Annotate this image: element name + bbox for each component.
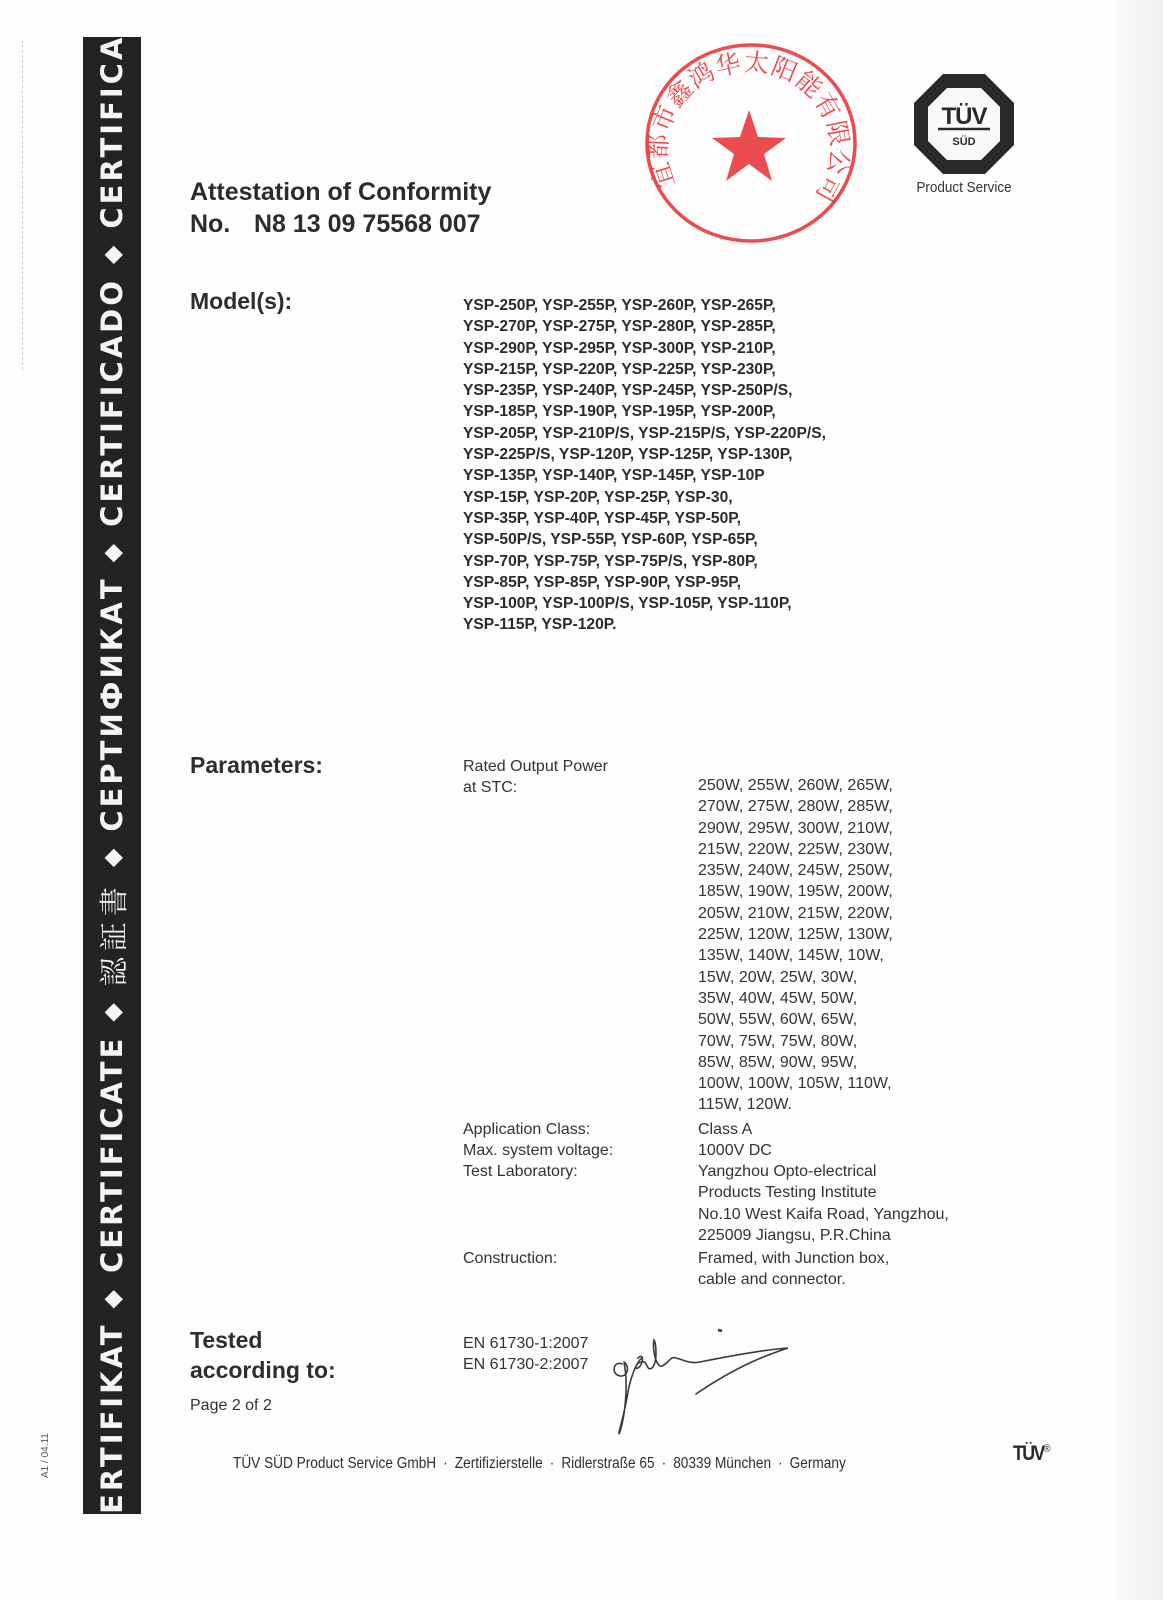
band-segment: СЕРТИФИКАТ: [95, 576, 129, 831]
rated-output-line: 290W, 295W, 300W, 210W,: [698, 818, 893, 839]
rated-output-line: 115W, 120W.: [698, 1094, 893, 1115]
models-list: YSP-250P, YSP-255P, YSP-260P, YSP-265P,Y…: [463, 295, 923, 636]
diamond-icon: ◆: [98, 845, 126, 866]
model-line: YSP-205P, YSP-210P/S, YSP-215P/S, YSP-22…: [463, 423, 923, 444]
model-line: YSP-15P, YSP-20P, YSP-25P, YSP-30,: [463, 487, 923, 508]
separator-dot: ·: [550, 1455, 555, 1472]
standard-item: EN 61730-2:2007: [463, 1354, 588, 1375]
rated-output-line: 15W, 20W, 25W, 30W,: [698, 967, 893, 988]
registered-icon: ®: [1044, 1443, 1051, 1455]
model-line: YSP-115P, YSP-120P.: [463, 614, 923, 635]
tuv-mark-text: TÜV: [1013, 1442, 1044, 1465]
rated-output-line: 205W, 210W, 215W, 220W,: [698, 903, 893, 924]
models-label: Model(s):: [190, 288, 292, 315]
diamond-icon: ◆: [98, 1286, 126, 1307]
rated-output-label-line: at STC:: [463, 777, 608, 798]
star-icon: [712, 110, 786, 181]
laboratory-line: 225009 Jiangsu, P.R.China: [698, 1225, 949, 1246]
page-edge: [1118, 0, 1163, 1600]
tested-label-line: according to:: [190, 1355, 336, 1385]
form-code: A1 / 04.11: [40, 1433, 51, 1478]
number-label: No.: [190, 208, 254, 240]
tuv-sud-logo: TÜV SÜD: [912, 72, 1016, 176]
standard-item: EN 61730-1:2007: [463, 1333, 588, 1354]
svg-text:SÜD: SÜD: [952, 135, 975, 148]
rated-output-label: Rated Output Power at STC:: [463, 756, 608, 799]
page-info: Page 2 of 2: [190, 1397, 272, 1415]
model-line: YSP-225P/S, YSP-120P, YSP-125P, YSP-130P…: [463, 444, 923, 465]
rated-output-values: 250W, 255W, 260W, 265W,270W, 275W, 280W,…: [698, 775, 893, 1116]
footer-part: 80339 München: [673, 1455, 771, 1472]
model-line: YSP-290P, YSP-295P, YSP-300P, YSP-210P,: [463, 338, 923, 359]
rated-output-line: 185W, 190W, 195W, 200W,: [698, 881, 893, 902]
document-title: Attestation of Conformity No.N8 13 09 75…: [190, 176, 491, 240]
band-segment: CERTIFICAT: [95, 37, 129, 228]
signature: [600, 1322, 800, 1437]
standards-list: EN 61730-1:2007 EN 61730-2:2007: [463, 1333, 588, 1376]
application-class-label: Application Class:: [463, 1119, 590, 1140]
logo-caption: Product Service: [897, 179, 1030, 196]
rated-output-line: 235W, 240W, 245W, 250W,: [698, 860, 893, 881]
rated-output-line: 70W, 75W, 75W, 80W,: [698, 1031, 893, 1052]
title-text: Attestation of Conformity: [190, 176, 491, 208]
model-line: YSP-270P, YSP-275P, YSP-280P, YSP-285P,: [463, 316, 923, 337]
model-line: YSP-50P/S, YSP-55P, YSP-60P, YSP-65P,: [463, 529, 923, 550]
rated-output-line: 250W, 255W, 260W, 265W,: [698, 775, 893, 796]
rated-output-line: 35W, 40W, 45W, 50W,: [698, 988, 893, 1009]
construction-label: Construction:: [463, 1248, 557, 1269]
model-line: YSP-185P, YSP-190P, YSP-195P, YSP-200P,: [463, 401, 923, 422]
tuv-trademark: TÜV®: [1013, 1442, 1050, 1466]
diamond-icon: ◆: [98, 242, 126, 263]
test-laboratory-label: Test Laboratory:: [463, 1161, 578, 1182]
construction-line: Framed, with Junction box,: [698, 1248, 889, 1269]
rated-output-line: 100W, 100W, 105W, 110W,: [698, 1073, 893, 1094]
model-line: YSP-100P, YSP-100P/S, YSP-105P, YSP-110P…: [463, 593, 923, 614]
tested-according-label: Tested according to:: [190, 1325, 336, 1385]
model-line: YSP-235P, YSP-240P, YSP-245P, YSP-250P/S…: [463, 380, 923, 401]
band-segment: 認証書: [92, 881, 133, 986]
rated-output-label-line: Rated Output Power: [463, 756, 608, 777]
number-value: N8 13 09 75568 007: [254, 210, 481, 238]
tested-label-line: Tested: [190, 1325, 336, 1355]
separator-dot: ·: [662, 1455, 667, 1472]
certificate-side-band: ZERTIFIKAT ◆ CERTIFICATE ◆ 認証書 ◆ СЕРТИФИ…: [83, 37, 141, 1514]
band-segment: CERTIFICATE: [95, 1035, 129, 1272]
laboratory-line: No.10 West Kaifa Road, Yangzhou,: [698, 1204, 949, 1225]
construction-value: Framed, with Junction box,cable and conn…: [698, 1248, 889, 1291]
rated-output-line: 215W, 220W, 225W, 230W,: [698, 839, 893, 860]
footer-part: Zertifizierstelle: [455, 1455, 543, 1472]
separator-dot: ·: [443, 1455, 448, 1472]
diamond-icon: ◆: [98, 1000, 126, 1021]
diamond-icon: ◆: [98, 540, 126, 561]
band-segment: ZERTIFIKAT: [95, 1322, 129, 1514]
application-class-value: Class A: [698, 1119, 752, 1140]
rated-output-line: 85W, 85W, 90W, 95W,: [698, 1052, 893, 1073]
certificate-number: No.N8 13 09 75568 007: [190, 208, 491, 240]
model-line: YSP-250P, YSP-255P, YSP-260P, YSP-265P,: [463, 295, 923, 316]
laboratory-line: Products Testing Institute: [698, 1182, 949, 1203]
model-line: YSP-215P, YSP-220P, YSP-225P, YSP-230P,: [463, 359, 923, 380]
max-voltage-value: 1000V DC: [698, 1140, 772, 1161]
model-line: YSP-135P, YSP-140P, YSP-145P, YSP-10P: [463, 465, 923, 486]
separator-dot: ·: [778, 1455, 783, 1472]
footer-address: TÜV SÜD Product Service GmbH·Zertifizier…: [233, 1455, 846, 1473]
company-seal-stamp: 宜都市鑫鸿华太阳能有限公司: [641, 40, 859, 245]
rated-output-line: 50W, 55W, 60W, 65W,: [698, 1009, 893, 1030]
footer-part: Ridlerstraße 65: [561, 1455, 654, 1472]
footer-part: TÜV SÜD Product Service GmbH: [233, 1455, 436, 1472]
svg-text:TÜV: TÜV: [942, 103, 988, 130]
parameters-label: Parameters:: [190, 752, 323, 779]
laboratory-line: Yangzhou Opto-electrical: [698, 1161, 949, 1182]
max-voltage-label: Max. system voltage:: [463, 1140, 613, 1161]
construction-line: cable and connector.: [698, 1269, 889, 1290]
footer-part: Germany: [790, 1455, 846, 1472]
model-line: YSP-70P, YSP-75P, YSP-75P/S, YSP-80P,: [463, 551, 923, 572]
model-line: YSP-35P, YSP-40P, YSP-45P, YSP-50P,: [463, 508, 923, 529]
side-band-text: ZERTIFIKAT ◆ CERTIFICATE ◆ 認証書 ◆ СЕРТИФИ…: [83, 37, 141, 1514]
rated-output-line: 135W, 140W, 145W, 10W,: [698, 945, 893, 966]
band-segment: CERTIFICADO: [95, 278, 129, 527]
test-laboratory-value: Yangzhou Opto-electricalProducts Testing…: [698, 1161, 949, 1246]
rated-output-line: 225W, 120W, 125W, 130W,: [698, 924, 893, 945]
model-line: YSP-85P, YSP-85P, YSP-90P, YSP-95P,: [463, 572, 923, 593]
rated-output-line: 270W, 275W, 280W, 285W,: [698, 796, 893, 817]
scan-artifact: [22, 40, 24, 370]
